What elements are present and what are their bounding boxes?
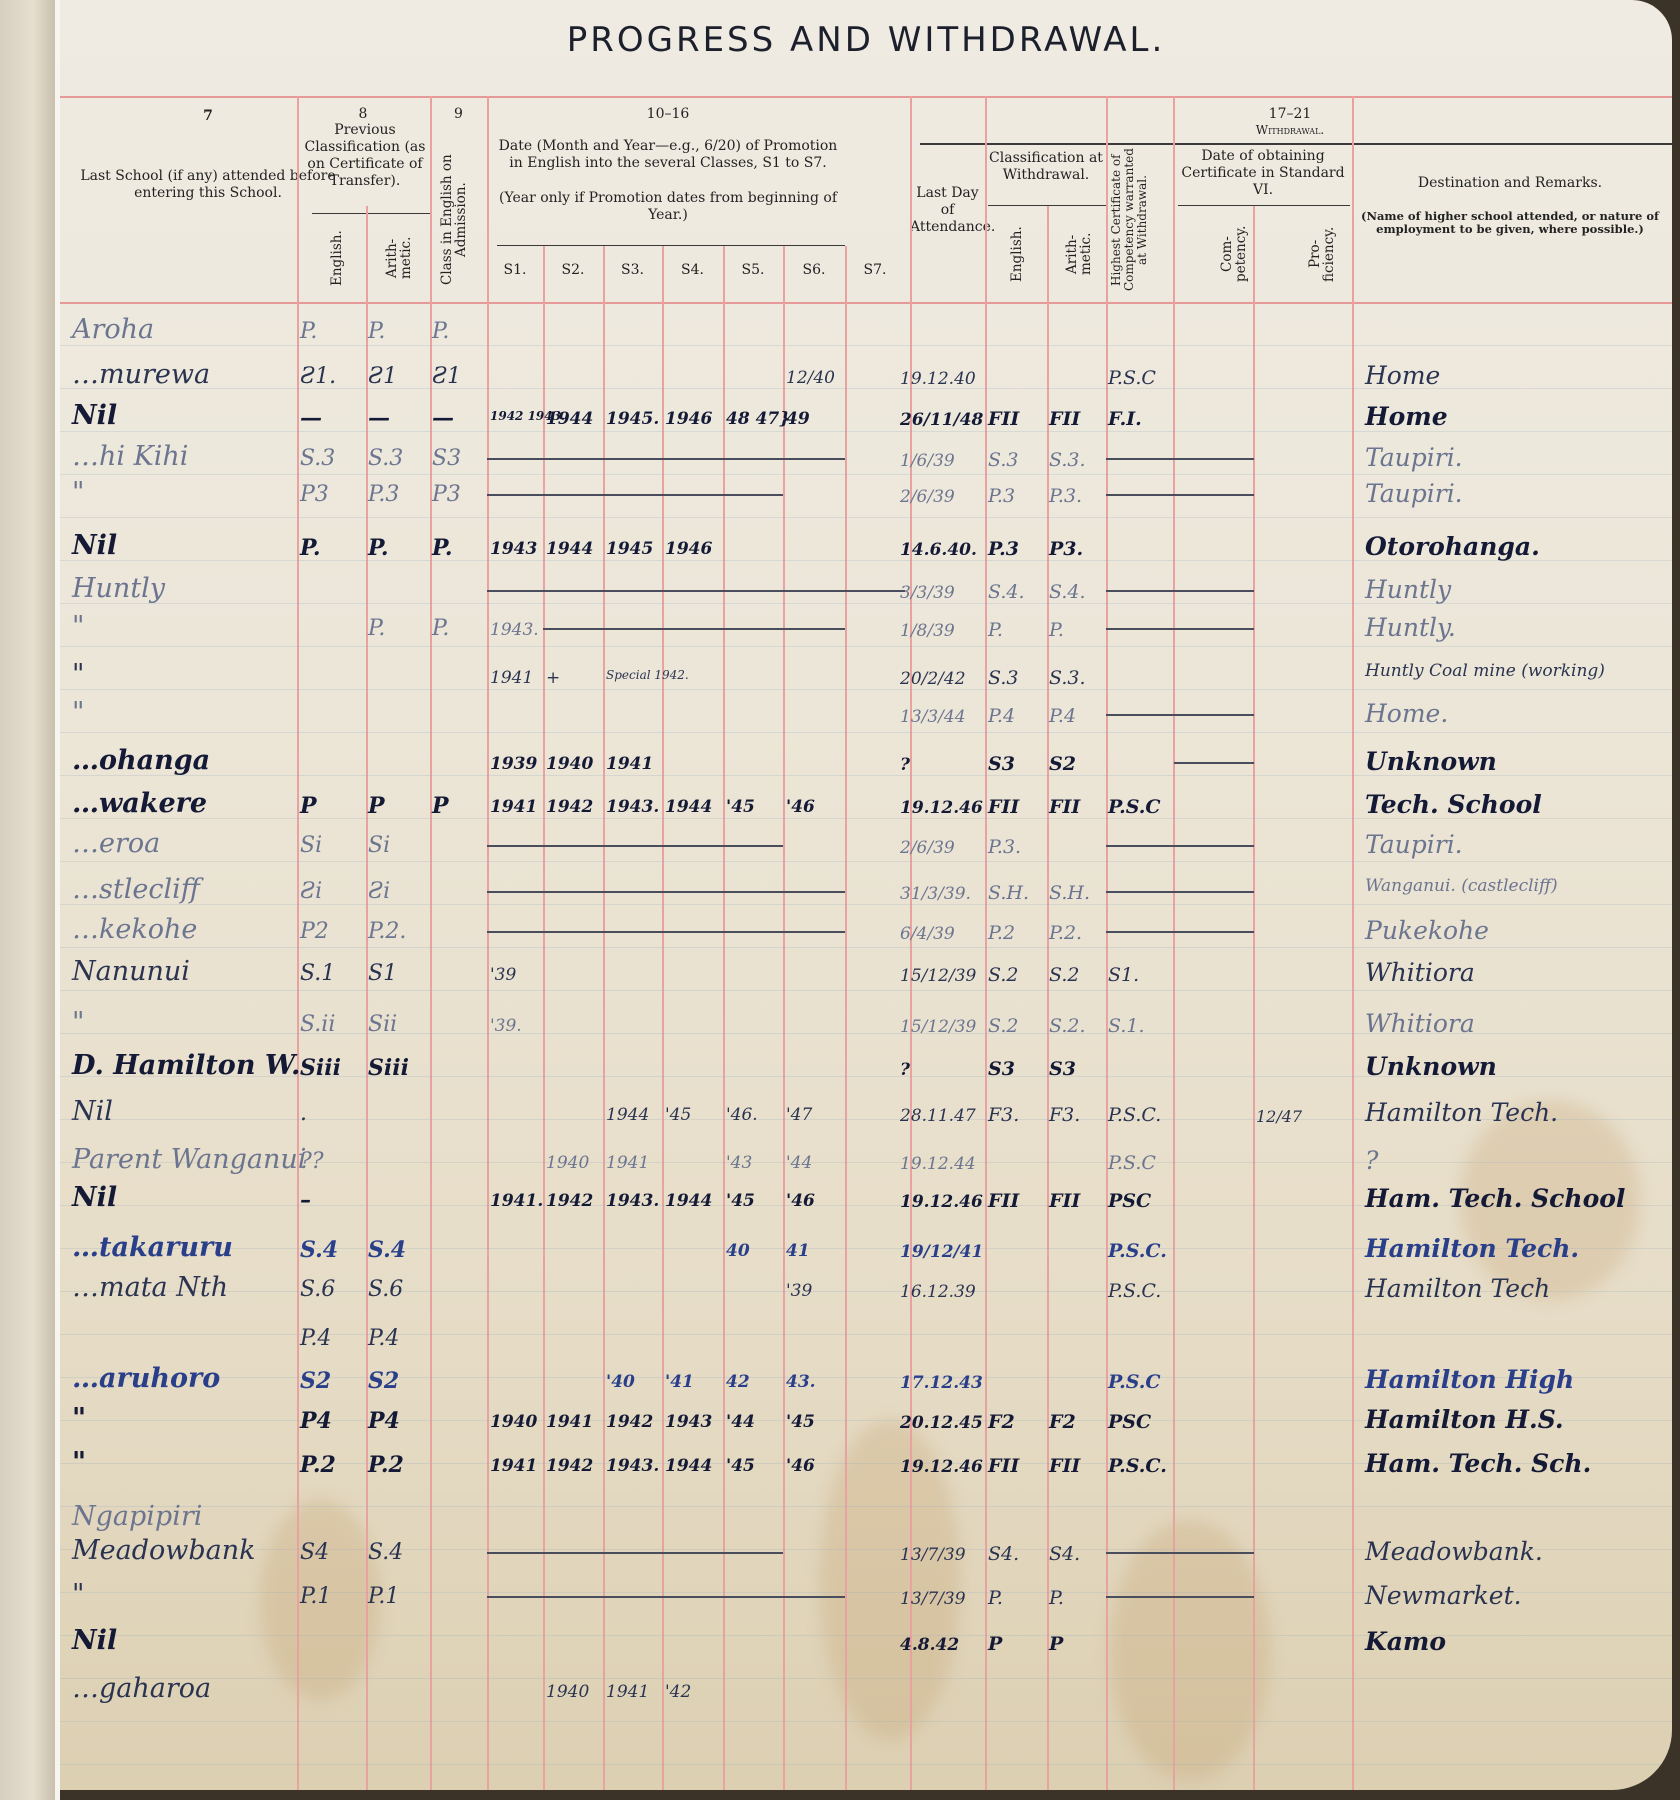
last-school: …takaruru <box>72 1232 233 1263</box>
highest-certificate: PSC <box>1108 1190 1151 1212</box>
column-rule <box>662 246 664 1790</box>
last-day-attendance: 1/6/39 <box>900 451 955 471</box>
withdrawal-arith: S.3. <box>1049 449 1086 471</box>
promotion-s4: 1943 <box>665 1412 712 1432</box>
withdrawal-english: P.4 <box>988 705 1015 727</box>
destination: Home. <box>1365 699 1448 728</box>
highest-certificate: P.S.C <box>1108 1371 1161 1393</box>
dash-line <box>783 590 845 592</box>
destination: Ham. Tech. Sch. <box>1365 1449 1591 1478</box>
dash-line <box>662 1552 723 1554</box>
page-title: PROGRESS AND WITHDRAWAL. <box>60 20 1672 60</box>
prev-english: P.2 <box>300 1452 336 1478</box>
dash-line <box>723 891 783 893</box>
promotion-s3: 1943. <box>606 1456 659 1476</box>
class-header-s4: S4. <box>662 262 723 279</box>
promotion-s3: 1945 <box>606 539 653 559</box>
last-school: " <box>72 477 84 508</box>
dash-line <box>603 931 662 933</box>
promotion-s3: 1944 <box>606 1105 649 1125</box>
prev-arith: Ƨ1 <box>368 364 397 389</box>
promotion-s6: 41 <box>786 1241 810 1261</box>
last-day-attendance: ? <box>900 1060 910 1080</box>
std6-cert-header: Date of obtaining Certificate in Standar… <box>1175 148 1351 199</box>
ruled-line <box>60 689 1672 690</box>
column-rule <box>783 246 785 1790</box>
dash-line <box>1174 845 1254 847</box>
withdrawal-arith: FII <box>1049 796 1080 818</box>
withdrawal-english: P. <box>988 619 1003 641</box>
class-on-admission: P. <box>432 616 449 641</box>
withdrawal-english: S3 <box>988 753 1015 775</box>
column-rule <box>1106 96 1108 1790</box>
last-school: Nil <box>72 1096 113 1127</box>
col10-16-header: Date (Month and Year—e.g., 6/20) of Prom… <box>492 138 844 172</box>
last-school: Nil <box>72 1625 117 1656</box>
promotion-s1: 1939 <box>490 754 537 774</box>
prev-english: S.3 <box>300 446 335 471</box>
dash-line <box>1174 590 1254 592</box>
prev-english: S2 <box>300 1368 331 1394</box>
promotion-s4: 1944 <box>665 797 712 817</box>
withdrawal-arith: S2 <box>1049 753 1076 775</box>
destination: Home <box>1365 361 1440 390</box>
withdrawal-english: S.3 <box>988 449 1018 471</box>
highest-certificate: P.S.C. <box>1108 1455 1167 1477</box>
promotion-s5: 40 <box>726 1241 750 1261</box>
prev-english: P. <box>300 535 321 561</box>
destination: Newmarket. <box>1365 1581 1522 1610</box>
destination: Pukekohe <box>1365 916 1489 945</box>
dash-line <box>662 628 723 630</box>
dash-line <box>603 845 662 847</box>
promotion-s6: '39 <box>786 1281 812 1301</box>
highest-certificate: S.1. <box>1108 1015 1145 1037</box>
prev-english: ?? <box>300 1149 324 1174</box>
dash-line <box>1106 1552 1174 1554</box>
promotion-s3: Special 1942. <box>606 668 689 682</box>
withdrawal-english: FII <box>988 1190 1019 1212</box>
highest-certificate: P.S.C <box>1108 1152 1156 1174</box>
last-day-attendance: 2/6/39 <box>900 838 955 858</box>
dash-line <box>1174 494 1254 496</box>
last-school: Nil <box>72 1182 117 1213</box>
last-school: …murewa <box>72 359 210 390</box>
last-day-attendance: 19.12.46 <box>900 1192 983 1212</box>
withdrawal-english: S3 <box>988 1058 1015 1080</box>
dash-line <box>845 590 905 592</box>
dash-line <box>1106 714 1174 716</box>
prev-arith: P4 <box>368 1408 400 1434</box>
destination: Home <box>1365 402 1448 431</box>
promotion-s1: 1941 <box>490 668 533 688</box>
withdrawal-arith: S.2 <box>1049 964 1079 986</box>
dash-line <box>1106 494 1174 496</box>
dash-line <box>1174 1596 1254 1598</box>
prev-english: S.4 <box>300 1237 338 1263</box>
promotion-s6: 12/40 <box>786 368 835 388</box>
dash-line <box>603 1552 662 1554</box>
withdrawal-english: S.3 <box>988 667 1018 689</box>
withdrawal-arith: FII <box>1049 408 1080 430</box>
promotion-s5: '45 <box>726 1191 755 1211</box>
dash-line <box>662 891 723 893</box>
dash-line <box>723 1596 783 1598</box>
destination: Taupiri. <box>1365 479 1463 508</box>
withdrawal-english: F3. <box>988 1104 1019 1126</box>
last-day-attendance: 2/6/39 <box>900 487 955 507</box>
withdrawal-arith: S.2. <box>1049 1015 1086 1037</box>
promotion-s6: '44 <box>786 1153 812 1173</box>
highest-cert-header: Highest Certificate of Competency warran… <box>1110 146 1172 294</box>
prev-arith: P. <box>368 535 389 561</box>
withdrawal-arith: S.4. <box>1049 581 1086 603</box>
prev-arith: S1 <box>368 961 397 986</box>
promotion-s1: 1943 <box>490 539 537 559</box>
dash-line <box>1174 714 1254 716</box>
dash-line <box>603 628 662 630</box>
column-rule <box>985 96 987 1790</box>
class-on-admission: P. <box>432 319 449 344</box>
promotion-s4: '41 <box>665 1372 694 1392</box>
withdrawal-english: P.3 <box>988 485 1015 507</box>
column-rule <box>297 96 299 1790</box>
ruled-line <box>60 1678 1672 1679</box>
destination: Meadowbank. <box>1365 1537 1543 1566</box>
previous-page-edge <box>0 0 55 1800</box>
withdrawal-arith: P. <box>1049 1587 1064 1609</box>
promotion-s2: 1940 <box>546 1153 589 1173</box>
destination: Tech. School <box>1365 790 1542 819</box>
promotion-s5: '45 <box>726 1456 755 1476</box>
withdrawal-english: P.3 <box>988 538 1019 560</box>
column-rule <box>603 246 605 1790</box>
dash-line <box>662 1596 723 1598</box>
dash-line <box>487 458 543 460</box>
dash-line <box>662 845 723 847</box>
promotion-s3: 1941 <box>606 1682 649 1702</box>
dash-line <box>487 494 543 496</box>
promotion-s4: 1944 <box>665 1456 712 1476</box>
last-day-attendance: 14.6.40. <box>900 540 977 560</box>
register-page: PROGRESS AND WITHDRAWAL. 7 Last School (… <box>60 0 1672 1790</box>
dash-line <box>723 458 783 460</box>
last-day-attendance: 1/8/39 <box>900 621 955 641</box>
last-school: Meadowbank <box>72 1535 256 1566</box>
destination: ? <box>1365 1146 1378 1175</box>
last-school: " <box>72 1403 86 1434</box>
last-day-attendance: 15/12/39 <box>900 966 976 986</box>
proficiency-date: 12/47 <box>1256 1107 1302 1126</box>
promotion-s2: 1940 <box>546 1682 589 1702</box>
last-day-attendance: 13/7/39 <box>900 1545 966 1565</box>
prev-english: Ƨi <box>300 879 322 904</box>
prev-english: Ƨ1. <box>300 364 336 389</box>
destination: Hamilton Tech. <box>1365 1098 1558 1127</box>
prev-arith: S.4 <box>368 1237 406 1263</box>
prev-english: S.1 <box>300 961 335 986</box>
dash-line <box>1106 931 1174 933</box>
prev-arith: P.3 <box>368 482 399 507</box>
destination: Hamilton Tech <box>1365 1274 1550 1303</box>
last-school: Aroha <box>72 314 154 345</box>
last-school: " <box>72 697 84 728</box>
dash-line <box>1174 458 1254 460</box>
destination-header: Destination and Remarks. <box>1355 175 1665 192</box>
dash-line <box>1106 845 1174 847</box>
column-rule <box>487 96 489 1790</box>
dash-line <box>603 458 662 460</box>
ruled-line <box>60 345 1672 346</box>
last-day-attendance: ? <box>900 755 910 775</box>
prev-arith: Sii <box>368 1012 397 1037</box>
col8-number: 8 <box>297 106 429 123</box>
col10-16-number: 10–16 <box>490 106 846 123</box>
dash-line <box>543 1596 603 1598</box>
withdrawal-english: S.2 <box>988 1015 1018 1037</box>
col10-16-note: (Year only if Promotion dates from begin… <box>492 190 844 224</box>
promotion-s1: '39. <box>490 1016 522 1036</box>
last-day-attendance: 26/11/48 <box>900 410 983 430</box>
promotion-s2: + <box>546 668 560 688</box>
destination: Taupiri. <box>1365 443 1463 472</box>
last-school: " <box>72 659 84 690</box>
ruled-line <box>60 646 1672 647</box>
dash-line <box>723 628 783 630</box>
prev-arith: P.2 <box>368 1452 404 1478</box>
withdrawal-english: S.2 <box>988 964 1018 986</box>
promotion-s6: '45 <box>786 1412 815 1432</box>
last-school: Nanunui <box>72 956 190 987</box>
dash-line <box>543 845 603 847</box>
promotion-s1: 1941 <box>490 797 537 817</box>
withdrawal-arith: FII <box>1049 1190 1080 1212</box>
dash-line <box>487 931 543 933</box>
dash-line <box>543 494 603 496</box>
dash-line <box>1106 458 1174 460</box>
prev-english: — <box>300 405 322 431</box>
promotion-s5: '44 <box>726 1412 755 1432</box>
dash-line <box>723 845 783 847</box>
column-rule <box>845 246 847 1790</box>
last-day-attendance: 15/12/39 <box>900 1017 976 1037</box>
promotion-s2: 1944 <box>546 539 593 559</box>
ruled-line <box>60 1764 1672 1765</box>
col7-number: 7 <box>120 108 296 125</box>
dash-line <box>662 931 723 933</box>
last-day-attendance: 28.11.47 <box>900 1106 976 1126</box>
class-on-admission: P <box>432 793 449 819</box>
promotion-s3: 1942 <box>606 1412 653 1432</box>
promotion-s1: 1940 <box>490 1412 537 1432</box>
destination: Huntly Coal mine (working) <box>1365 661 1605 681</box>
withdrawal-english: P <box>988 1633 1002 1655</box>
withdrawal-english: P. <box>988 1587 1003 1609</box>
column-rule <box>723 246 725 1790</box>
withdrawal-arith: S.3. <box>1049 667 1086 689</box>
last-school: Huntly <box>72 573 165 604</box>
cw-arith-header: Arith-metic. <box>1065 215 1101 293</box>
prev-arith: — <box>368 405 390 431</box>
col8-english-header: English. <box>330 222 360 294</box>
prev-english: P.1 <box>300 1584 331 1609</box>
class-on-admission: S3 <box>432 446 461 471</box>
dash-line <box>543 931 603 933</box>
last-school: Nil <box>72 530 117 561</box>
dash-line <box>1174 1552 1254 1554</box>
promotion-s2: 1941 <box>546 1412 593 1432</box>
last-school: …stlecliff <box>72 874 200 905</box>
dash-line <box>603 494 662 496</box>
last-day-attendance: 19.12.40 <box>900 369 976 389</box>
promotion-s6: '46 <box>786 797 815 817</box>
last-day-attendance: 13/7/39 <box>900 1589 966 1609</box>
ruled-line <box>60 861 1672 862</box>
destination: Whitiora <box>1365 1009 1475 1038</box>
dash-line <box>723 590 783 592</box>
promotion-s5: '45 <box>726 797 755 817</box>
prev-english: P3 <box>300 482 329 507</box>
dash-line <box>487 1596 543 1598</box>
promotion-s2: 1942 <box>546 1191 593 1211</box>
class-on-admission: P. <box>432 535 453 561</box>
prev-english: P <box>300 793 317 819</box>
last-day-attendance: 6/4/39 <box>900 924 955 944</box>
prev-english: Si <box>300 833 322 858</box>
withdrawal-arith: S3 <box>1049 1058 1076 1080</box>
promotion-s3: 1943. <box>606 797 659 817</box>
prev-english: S.ii <box>300 1012 335 1037</box>
dash-line <box>1174 628 1254 630</box>
withdrawal-arith: F3. <box>1049 1104 1080 1126</box>
class-header-s2: S2. <box>543 262 603 279</box>
withdrawal-english: S.4. <box>988 581 1025 603</box>
withdrawal-english: S4. <box>988 1543 1019 1565</box>
highest-certificate: P.S.C. <box>1108 1104 1161 1126</box>
class-header-s5: S5. <box>723 262 783 279</box>
promotion-s2: 1940 <box>546 754 593 774</box>
prev-arith: S.3 <box>368 446 403 471</box>
promotion-s2: 1942 <box>546 1456 593 1476</box>
destination: Wanganui. (castlecliff) <box>1365 876 1558 896</box>
withdrawal-english: S.H. <box>988 882 1029 904</box>
dash-line <box>603 891 662 893</box>
col8-arith-header: Arith-metic. <box>385 222 421 294</box>
dash-line <box>1174 762 1254 764</box>
class-header-s6: S6. <box>783 262 845 279</box>
prev-english: P.4 <box>300 1326 331 1351</box>
promotion-s3: '40 <box>606 1372 635 1392</box>
destination: Otorohanga. <box>1365 532 1540 561</box>
dash-line <box>1106 590 1174 592</box>
promotion-s3: 1945. <box>606 409 659 429</box>
last-day-attendance: 19.12.46 <box>900 798 983 818</box>
withdrawal-english: FII <box>988 408 1019 430</box>
dash-line <box>723 494 783 496</box>
last-school: Nil <box>72 400 117 431</box>
withdrawal-arith: P. <box>1049 619 1064 641</box>
promotion-s1: 1941 <box>490 1456 537 1476</box>
withdrawal-arith: S4. <box>1049 1543 1080 1565</box>
destination: Hamilton High <box>1365 1365 1574 1394</box>
destination: Huntly. <box>1365 613 1456 642</box>
ruled-line <box>60 517 1672 518</box>
dash-line <box>543 1552 603 1554</box>
dash-line <box>783 628 845 630</box>
destination: Unknown <box>1365 747 1497 776</box>
dash-line <box>603 1596 662 1598</box>
prev-arith: S2 <box>368 1368 399 1394</box>
dash-line <box>603 590 662 592</box>
class-on-admission: Ƨ1 <box>432 364 461 389</box>
withdrawal-arith: P <box>1049 1633 1063 1655</box>
cw-english-header: English. <box>1010 215 1040 293</box>
column-rule <box>543 246 545 1790</box>
dash-line <box>1106 1596 1174 1598</box>
dash-line <box>783 931 845 933</box>
ruled-line <box>60 1506 1672 1507</box>
dash-line <box>487 1552 543 1554</box>
prev-arith: P <box>368 793 385 819</box>
promotion-s5: 48 47} <box>726 409 790 429</box>
dash-line <box>487 891 543 893</box>
classification-at-withdrawal-header: Classification at Withdrawal. <box>985 150 1107 184</box>
promotion-s2: 1944 <box>546 409 593 429</box>
prev-arith: Si <box>368 833 390 858</box>
last-day-attendance: 19.12.44 <box>900 1154 976 1174</box>
col17-21-number: 17–21 <box>910 106 1670 123</box>
last-school: Ngapipiri <box>72 1501 202 1532</box>
highest-certificate: P.S.C <box>1108 796 1161 818</box>
ruled-line <box>60 431 1672 432</box>
last-day-attendance: 16.12.39 <box>900 1282 976 1302</box>
destination: Hamilton H.S. <box>1365 1405 1564 1434</box>
dash-line <box>543 891 603 893</box>
dash-line <box>543 458 603 460</box>
destination: Kamo <box>1365 1627 1446 1656</box>
dash-line <box>1106 628 1174 630</box>
ruled-line <box>60 474 1672 475</box>
promotion-s3: 1941 <box>606 754 653 774</box>
prev-arith: P.4 <box>368 1326 399 1351</box>
withdrawal-arith: P.4 <box>1049 705 1076 727</box>
last-school: …hi Kihi <box>72 441 188 472</box>
promotion-s4: '45 <box>665 1105 691 1125</box>
prev-english: S.6 <box>300 1277 335 1302</box>
promotion-s4: 1944 <box>665 1191 712 1211</box>
class-header-s1: S1. <box>487 262 543 279</box>
promotion-s4: 1946 <box>665 409 712 429</box>
last-day-attendance: 13/3/44 <box>900 707 966 727</box>
withdrawal-english: FII <box>988 796 1019 818</box>
promotion-s3: 1943. <box>606 1191 659 1211</box>
promotion-s4: '42 <box>665 1682 691 1702</box>
column-rule <box>430 96 432 1790</box>
last-day-attendance: 19/12/41 <box>900 1242 983 1262</box>
ruled-line <box>60 947 1672 948</box>
last-day-attendance: 17.12.43 <box>900 1373 983 1393</box>
prev-english: P2 <box>300 919 329 944</box>
ruled-line <box>60 1721 1672 1722</box>
last-school: …gaharoa <box>72 1673 211 1704</box>
prev-arith: Siii <box>368 1055 409 1081</box>
highest-certificate: P.S.C. <box>1108 1240 1167 1262</box>
promotion-s6: '46 <box>786 1191 815 1211</box>
last-school: …ohanga <box>72 745 210 776</box>
withdrawal-arith: FII <box>1049 1455 1080 1477</box>
last-school: D. Hamilton W. <box>72 1050 300 1081</box>
class-header-s3: S3. <box>603 262 662 279</box>
